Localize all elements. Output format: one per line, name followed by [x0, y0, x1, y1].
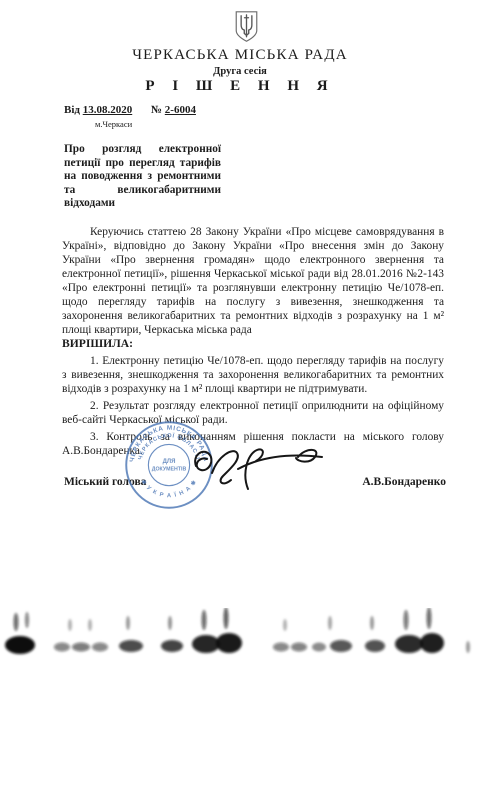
resolved-label: ВИРІШИЛА: — [62, 337, 480, 351]
scan-smudge-band — [0, 608, 480, 662]
number-label: № — [151, 104, 162, 116]
stamp-center-line1: ДЛЯ — [163, 459, 176, 465]
preamble-paragraph: Керуючись статтею 28 Закону України «Про… — [62, 225, 444, 337]
subject-paragraph: Про розгляд електронної петиції про пере… — [64, 143, 221, 211]
document-type-title: Р І Ш Е Н Н Я — [0, 78, 480, 95]
scanned-decision-document: ЧЕРКАСЬКА МІСЬКА РАДА Друга сесія Р І Ш … — [0, 0, 480, 788]
date-value: 13.08.2020 — [83, 104, 133, 116]
city-label: м.Черкаси — [95, 118, 480, 130]
resolution-item-1: 1. Електронну петицію Че/1078-еп. щодо п… — [62, 354, 444, 396]
signer-name: А.В.Бондаренко — [362, 476, 446, 488]
number-value: 2-6004 — [165, 104, 196, 116]
stamp-center-line2: ДОКУМЕНТІВ — [152, 467, 187, 473]
session-label: Друга сесія — [0, 66, 480, 77]
ukraine-trident-emblem — [234, 10, 259, 43]
date-label: Від — [64, 104, 80, 116]
org-name: ЧЕРКАСЬКА МІСЬКА РАДА — [0, 47, 480, 64]
date-number-row: Від 13.08.2020 № 2-6004 м.Черкаси — [64, 104, 480, 130]
resolution-item-2: 2. Результат розгляду електронної петиці… — [62, 399, 444, 427]
handwritten-signature — [188, 442, 330, 500]
document-header: ЧЕРКАСЬКА МІСЬКА РАДА Друга сесія Р І Ш … — [0, 0, 480, 95]
